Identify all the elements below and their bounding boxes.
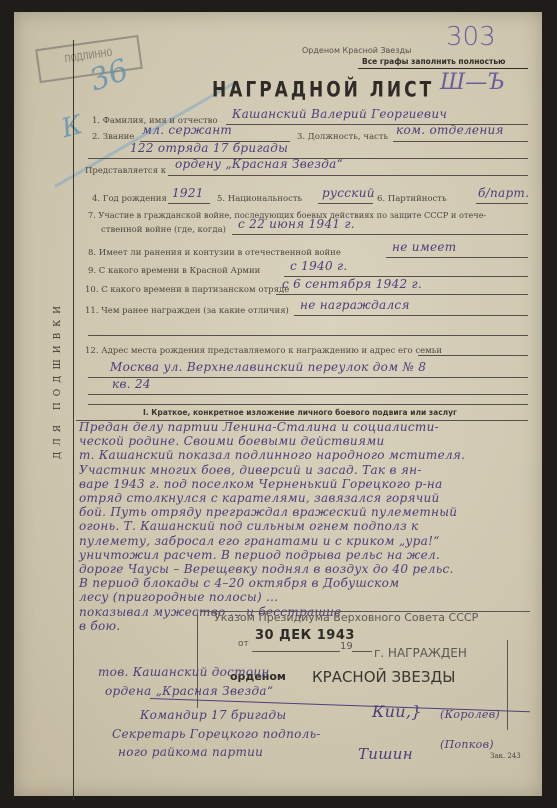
secretary-signature: Тишин bbox=[358, 745, 413, 763]
secretary-title-line2: ного райкома партии bbox=[118, 745, 263, 759]
field-label-address: 12. Адрес места рождения представляемого… bbox=[85, 346, 442, 356]
field-value-address-line1: Москва ул. Верхнелавинский переулок дом … bbox=[110, 360, 426, 374]
field-label-war-participation-cont: ственной войне (где, когда) bbox=[101, 225, 226, 235]
feat-line: В период блокады с 4–20 октября в Добушс… bbox=[79, 576, 399, 590]
order-reference: Орденом Красной Звезды bbox=[302, 46, 411, 55]
field-label-party: 6. Партийность bbox=[377, 194, 447, 204]
field-value-previous-awards: не награждался bbox=[300, 298, 410, 312]
instruction-text: Все графы заполнить полностью bbox=[362, 57, 505, 66]
field-label-nationality: 5. Национальность bbox=[217, 194, 302, 204]
feat-line: дороге Чаусы – Верещевку поднял в воздух… bbox=[79, 562, 454, 576]
feat-line: пулемету, забросал его гранатами и с кри… bbox=[79, 534, 440, 548]
feat-line: уничтожил расчет. В период подрыва рельс… bbox=[79, 548, 440, 562]
feat-line: ческой родине. Своими боевыми действиями bbox=[79, 434, 384, 448]
feat-line: лесу (пригородные полосы) ... bbox=[79, 590, 278, 604]
award-date-prefix: от bbox=[238, 639, 249, 649]
feat-section-heading: I. Краткое, конкретное изложение личного… bbox=[143, 408, 457, 417]
field-value-name: Кашанский Валерий Георгиевич bbox=[232, 107, 447, 121]
rule bbox=[168, 203, 210, 204]
rule bbox=[232, 234, 528, 235]
rule bbox=[476, 203, 528, 204]
feat-line: отряд столкнулся с карателями, завязался… bbox=[79, 491, 440, 505]
rule bbox=[88, 377, 528, 378]
feat-line: Предан делу партии Ленина-Сталина и соци… bbox=[79, 420, 439, 434]
field-value-rank: мл. сержант bbox=[142, 123, 232, 137]
field-label-rank: 2. Звание bbox=[92, 132, 134, 142]
binding-margin-line bbox=[73, 40, 74, 800]
feat-line: варе 1943 г. под поселком Черненький Гор… bbox=[79, 477, 443, 491]
signature-mark: Ш—Ъ bbox=[440, 70, 505, 95]
field-label-army-since: 9. С какого времени в Красной Армии bbox=[88, 266, 260, 276]
rule bbox=[318, 203, 373, 204]
feat-line: Участник многих боев, диверсий и засад. … bbox=[79, 463, 422, 477]
field-value-position: ком. отделения bbox=[396, 123, 504, 137]
field-value-party: б/парт. bbox=[478, 186, 529, 200]
rule bbox=[276, 294, 528, 295]
field-label-partisan-since: 10. С какого времени в партизанском отря… bbox=[85, 285, 289, 295]
rule bbox=[352, 651, 372, 652]
field-value-position-cont: 122 отряда 17 бригады bbox=[130, 141, 288, 155]
secretary-name: (Попков) bbox=[440, 738, 494, 751]
page-title: НАГРАДНОЙ ЛИСТ bbox=[212, 78, 434, 103]
award-year-suffix: 19 bbox=[340, 641, 353, 652]
commander-title: Командир 17 бригады bbox=[140, 708, 286, 722]
secretary-title-line1: Секретарь Горецкого подполь- bbox=[112, 727, 321, 741]
field-label-previous-awards: 11. Чем ранее награжден (за какие отличи… bbox=[85, 306, 289, 316]
field-label-wounds: 8. Имеет ли ранения и контузии в отечест… bbox=[88, 248, 341, 258]
field-value-partisan-since: с 6 сентября 1942 г. bbox=[282, 277, 422, 291]
feat-line: бой. Путь отряду преграждал вражеский пу… bbox=[79, 505, 457, 519]
print-order-code: Зак. 243 bbox=[490, 752, 521, 760]
rule bbox=[88, 335, 528, 336]
rule bbox=[386, 257, 528, 258]
field-value-wounds: не имеет bbox=[392, 240, 456, 254]
rule bbox=[418, 355, 528, 356]
award-status: г. НАГРАЖДЕН bbox=[374, 646, 467, 660]
instruction-underline bbox=[358, 68, 528, 69]
rule bbox=[294, 315, 528, 316]
commander-signature: Кии,} bbox=[372, 702, 422, 721]
field-value-war-participation: с 22 июня 1941 г. bbox=[238, 217, 355, 231]
field-value-nationality: русский bbox=[322, 186, 375, 200]
feat-line: т. Кашанский показал подлинного народног… bbox=[79, 448, 465, 462]
rule bbox=[88, 394, 528, 395]
recommendation-line1: тов. Кашанский достоин bbox=[98, 665, 270, 679]
rule bbox=[168, 175, 528, 176]
field-value-army-since: с 1940 г. bbox=[290, 259, 347, 273]
binding-label: ДЛЯ ПОДШИВКИ bbox=[53, 300, 63, 459]
recommendation-line2: ордена „Красная Звезда“ bbox=[105, 684, 273, 698]
award-decree-text: Указом Президиума Верховного Совета СССР bbox=[214, 611, 478, 624]
commander-name: (Королев) bbox=[440, 708, 500, 721]
rule bbox=[252, 651, 340, 652]
award-stamp-border-right bbox=[507, 640, 508, 730]
award-order-name: КРАСНОЙ ЗВЕЗДЫ bbox=[312, 668, 455, 686]
field-label-birth-year: 4. Год рождения bbox=[92, 194, 167, 204]
rule bbox=[393, 141, 528, 142]
field-label-nominated: Представляется к bbox=[85, 166, 166, 176]
field-value-birth-year: 1921 bbox=[172, 186, 204, 200]
field-label-position: 3. Должность, часть bbox=[297, 132, 388, 142]
rule bbox=[88, 404, 528, 405]
archive-number: 303 bbox=[446, 22, 496, 52]
feat-line: в бою. bbox=[79, 619, 121, 633]
field-value-address-line2: кв. 24 bbox=[112, 377, 151, 391]
feat-line: огонь. Т. Кашанский под сильным огнем по… bbox=[79, 519, 419, 533]
field-value-nominated: ордену „Красная Звезда“ bbox=[175, 157, 343, 171]
